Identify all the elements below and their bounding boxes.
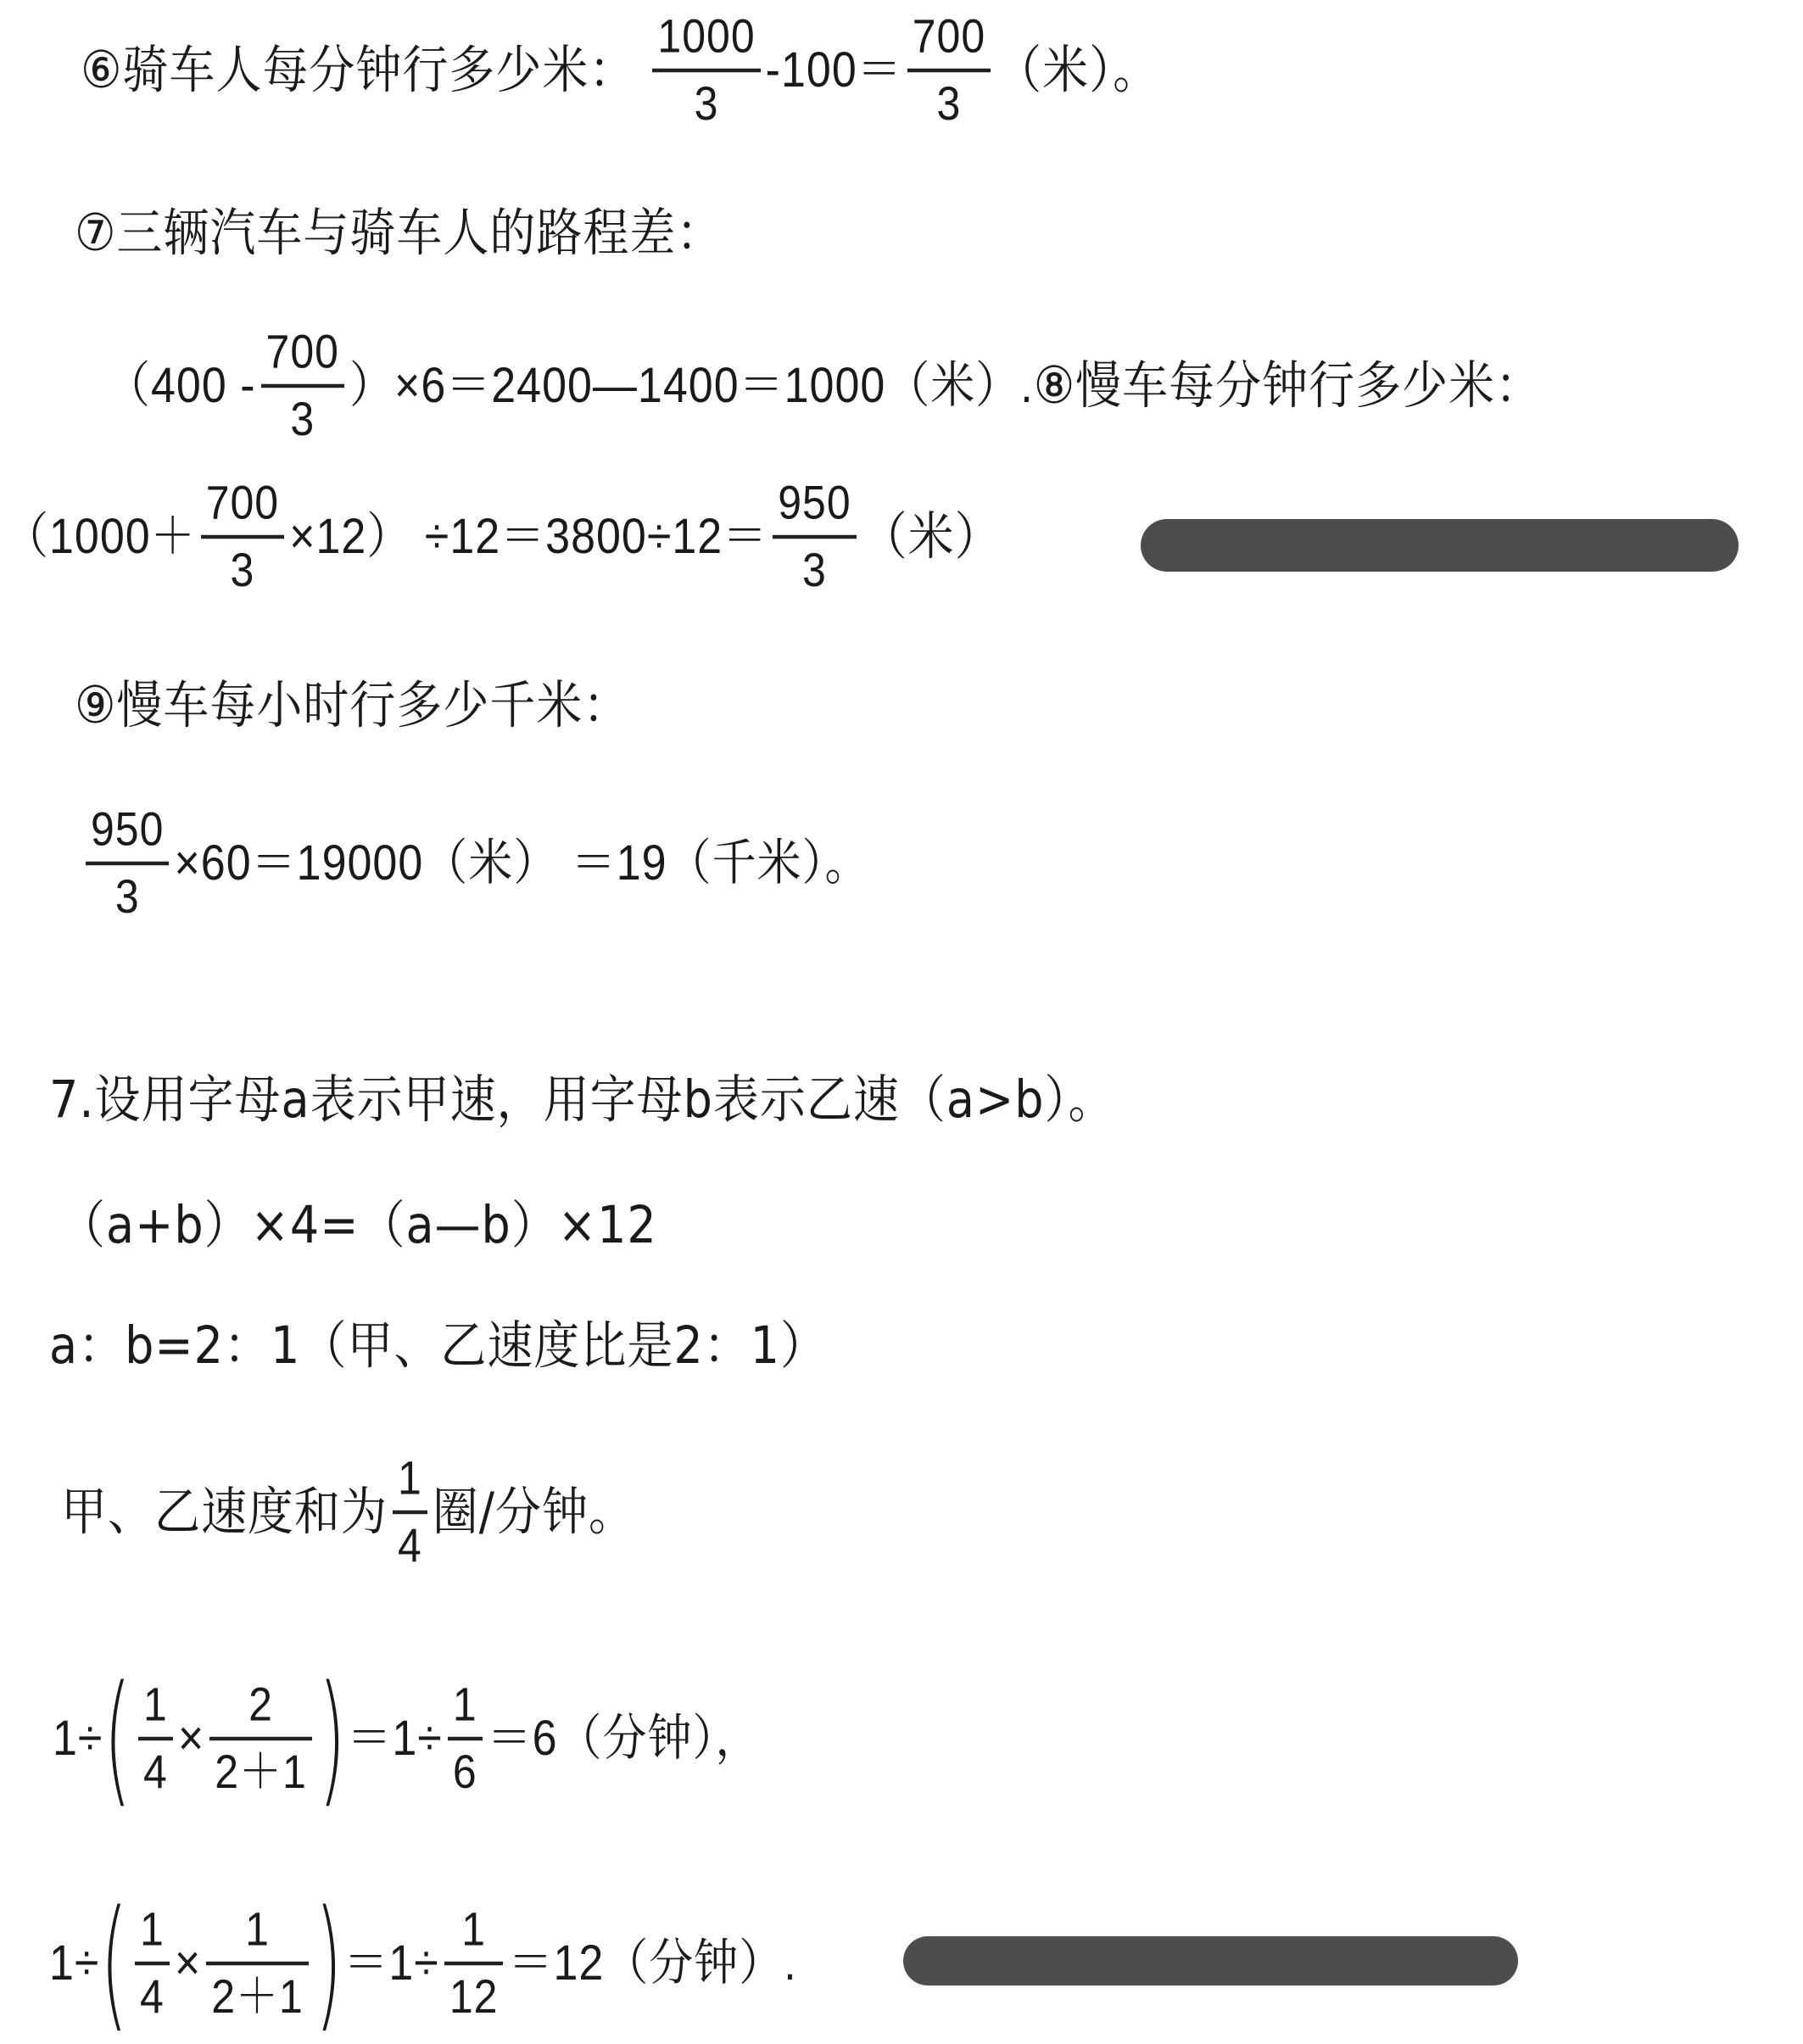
right-paren: ) [315, 1892, 343, 2035]
fraction-950-3: 950 3 [773, 477, 856, 596]
q7-equation-1: （a+b）×4=（a—b）×12 [59, 1200, 657, 1251]
fraction-1000-3: 1000 3 [652, 10, 760, 130]
fraction-700-3: 700 3 [261, 326, 344, 445]
step6-unit: （米）。 [996, 45, 1159, 96]
q7-equation-2: a：b=2：1（甲、乙速度比是2：1） [49, 1321, 827, 1371]
step6-label: ⑥骑车人每分钟行多少米： [81, 45, 635, 96]
step8-label: ⑧慢车每分钟行多少米： [1034, 360, 1542, 411]
fraction-700-3: 700 3 [907, 10, 991, 130]
q7-speed-sum: 甲、乙速度和为 1 4 圈/分钟。 [61, 1452, 635, 1572]
step9-label: ⑨慢车每小时行多少千米： [75, 680, 629, 731]
step9-label-line: ⑨慢车每小时行多少千米： [75, 680, 629, 731]
fraction-950-3: 950 3 [86, 803, 169, 923]
fraction-1-4: 1 4 [393, 1452, 427, 1572]
step9-equation: 950 3 ×60＝19000（米） ＝19（千米）。 [81, 803, 870, 923]
step7-label: ⑦三辆汽车与骑车人的路程差： [75, 208, 723, 259]
q7-title: 7.设用字母a表示甲速，用字母b表示乙速（a>b）。 [49, 1075, 1115, 1125]
redaction-mark [1141, 519, 1739, 572]
step8-equation: （1000＋ 700 3 ×12） ÷12＝3800÷12＝ 950 3 （米） [4, 477, 1002, 596]
step6-line: ⑥骑车人每分钟行多少米： 1000 3 -100＝ 700 3 （米）。 [81, 10, 1159, 130]
step7-equation: （400 - 700 3 ）×6＝2400—1400＝1000（米）. ⑧慢车每… [106, 326, 1542, 445]
step6-op: -100＝ [766, 46, 902, 95]
left-paren: ( [104, 1667, 132, 1810]
left-paren: ( [101, 1892, 129, 2035]
right-paren: ) [318, 1667, 346, 1810]
q7-calc-2: 1÷ ( 1 4 × 1 2＋1 ) ＝1÷ 1 12 ＝12（分钟）. [49, 1892, 797, 2035]
step7-label-line: ⑦三辆汽车与骑车人的路程差： [75, 208, 723, 259]
q7-calc-1: 1÷ ( 1 4 × 2 2＋1 ) ＝1÷ 1 6 ＝6（分钟）， [53, 1667, 761, 1810]
fraction-700-3: 700 3 [201, 477, 284, 596]
redaction-mark [903, 1936, 1518, 1985]
